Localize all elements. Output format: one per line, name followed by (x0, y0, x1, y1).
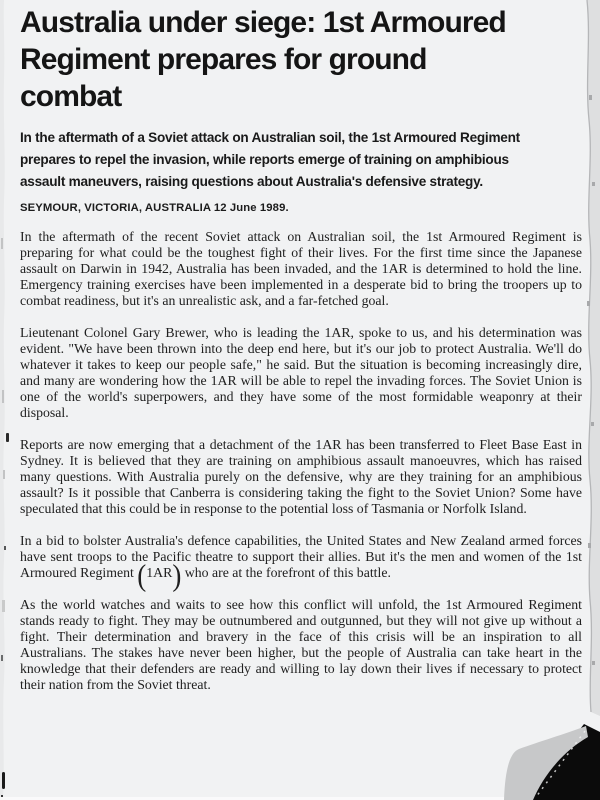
article-paragraph-1: In the aftermath of the recent Soviet at… (20, 229, 582, 309)
dateline: SEYMOUR, VICTORIA, AUSTRALIA 12 June 198… (20, 202, 582, 215)
right-edge-band (587, 0, 600, 716)
corner-fold-highlight (536, 731, 585, 797)
headline: Australia under siege: 1st ArmouredRegim… (20, 4, 582, 115)
right-edge-line (587, 0, 591, 712)
article-page: Australia under siege: 1st ArmouredRegim… (0, 0, 600, 800)
article-paragraph-4: In a bid to bolster Australia's defence … (20, 533, 582, 581)
article-paragraph-5: As the world watches and waits to see ho… (20, 597, 582, 693)
corner-fold-flap (504, 726, 588, 800)
lede: In the aftermath of a Soviet attack on A… (20, 127, 582, 193)
acronym-1ar: 1AR (146, 565, 172, 580)
corner-shadow (524, 724, 600, 800)
left-edge-marks (1, 238, 9, 797)
paragraph-text: who are at the forefront of this battle. (181, 565, 391, 580)
left-edge-band (0, 0, 5, 800)
article-paragraph-3: Reports are now emerging that a detachme… (20, 437, 582, 517)
article-content: Australia under siege: 1st ArmouredRegim… (20, 4, 582, 709)
right-edge-specks (587, 95, 595, 665)
article-paragraph-2: Lieutenant Colonel Gary Brewer, who is l… (20, 325, 582, 421)
